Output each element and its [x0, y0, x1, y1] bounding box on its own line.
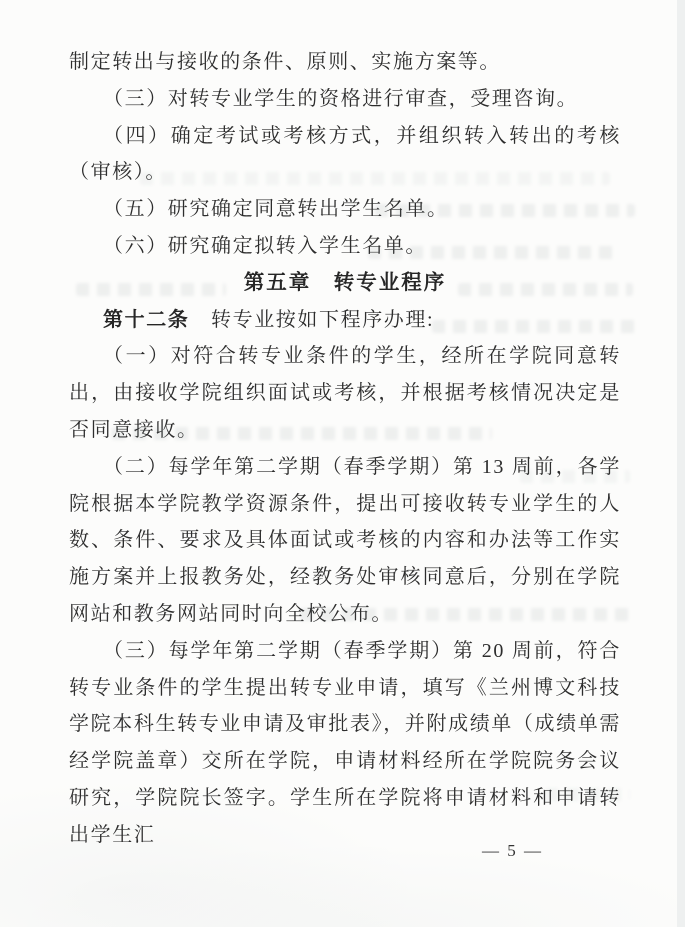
ghost-bleed-through: [458, 283, 633, 296]
ghost-bleed-through: [140, 172, 610, 185]
paragraph: （三）每学年第二学期（春季学期）第 20 周前，符合转专业条件的学生提出转专业申…: [69, 633, 621, 854]
ghost-bleed-through: [76, 283, 226, 296]
ghost-bleed-through: [545, 788, 630, 801]
ghost-bleed-through: [112, 427, 492, 440]
article-number: 第十二条: [103, 309, 189, 331]
paragraph: （三）对转专业学生的资格进行审查，受理咨询。: [69, 81, 621, 118]
scan-edge: [677, 0, 685, 927]
paragraph: 制定转出与接收的条件、原则、实施方案等。: [69, 44, 621, 81]
ghost-bleed-through: [520, 470, 630, 483]
document-body: 制定转出与接收的条件、原则、实施方案等。（三）对转专业学生的资格进行审查，受理咨…: [69, 44, 621, 854]
ghost-bleed-through: [300, 608, 630, 621]
ghost-bleed-through: [375, 204, 635, 217]
ghost-bleed-through: [432, 320, 637, 333]
scanned-document-page: 制定转出与接收的条件、原则、实施方案等。（三）对转专业学生的资格进行审查，受理咨…: [0, 0, 685, 927]
ghost-bleed-through: [368, 246, 618, 259]
page-number: — 5 —: [482, 841, 543, 861]
